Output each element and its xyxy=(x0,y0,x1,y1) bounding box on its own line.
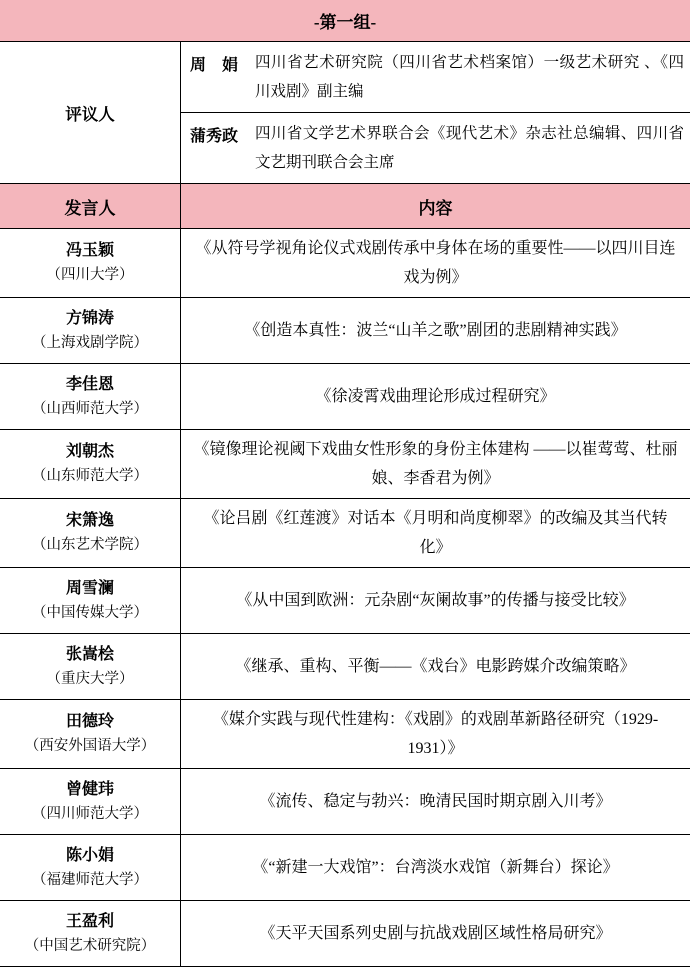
table-row: 刘朝杰 （山东师范大学） 《镜像理论视阈下戏曲女性形象的身份主体建构 ——以崔莺… xyxy=(0,430,690,499)
table-row: 田德玲 （西安外国语大学） 《媒介实践与现代性建构：《戏剧》的戏剧革新路径研究（… xyxy=(0,700,690,769)
group-title-bar: -第一组- xyxy=(0,0,690,42)
session-table: -第一组- 评议人 周 娟 四川省艺术研究院（四川省艺术档案馆）一级艺术研究 、… xyxy=(0,0,690,967)
speaker-name: 刘朝杰 xyxy=(66,440,114,464)
reviewer-rows: 周 娟 四川省艺术研究院（四川省艺术档案馆）一级艺术研究 、《四川戏剧》副主编 … xyxy=(181,42,690,183)
table-row: 宋箫逸 （山东艺术学院） 《论吕剧《红莲渡》对话本《月明和尚度柳翠》的改编及其当… xyxy=(0,499,690,568)
reviewer-name: 蒲秀政 xyxy=(181,119,255,151)
table-row: 冯玉颖 （四川大学） 《从符号学视角论仪式戏剧传承中身体在场的重要性——以四川目… xyxy=(0,229,690,298)
speaker-affiliation: （山东师范大学） xyxy=(32,464,148,488)
reviewer-row: 蒲秀政 四川省文学艺术界联合会《现代艺术》杂志社总编辑、四川省文艺期刊联合会主席 xyxy=(181,113,690,183)
reviewer-row: 周 娟 四川省艺术研究院（四川省艺术档案馆）一级艺术研究 、《四川戏剧》副主编 xyxy=(181,42,690,113)
column-header-row: 发言人 内容 xyxy=(0,184,690,229)
table-row: 周雪澜 （中国传媒大学） 《从中国到欧洲：元杂剧“灰阑故事”的传播与接受比较》 xyxy=(0,568,690,634)
reviewers-section: 评议人 周 娟 四川省艺术研究院（四川省艺术档案馆）一级艺术研究 、《四川戏剧》… xyxy=(0,42,690,184)
paper-title: 《从中国到欧洲：元杂剧“灰阑故事”的传播与接受比较》 xyxy=(181,568,690,633)
speaker-name: 李佳恩 xyxy=(66,373,114,397)
paper-title: 《“新建一大戏馆”：台湾淡水戏馆（新舞台）探论》 xyxy=(181,835,690,900)
column-header-speaker: 发言人 xyxy=(0,184,181,228)
table-row: 曾健玮 （四川师范大学） 《流传、稳定与勃兴：晚清民国时期京剧入川考》 xyxy=(0,769,690,835)
table-row: 陈小娟 （福建师范大学） 《“新建一大戏馆”：台湾淡水戏馆（新舞台）探论》 xyxy=(0,835,690,901)
speaker-cell: 宋箫逸 （山东艺术学院） xyxy=(0,499,181,567)
speaker-cell: 冯玉颖 （四川大学） xyxy=(0,229,181,297)
table-row: 方锦涛 （上海戏剧学院） 《创造本真性：波兰“山羊之歌”剧团的悲剧精神实践》 xyxy=(0,298,690,364)
paper-title: 《媒介实践与现代性建构：《戏剧》的戏剧革新路径研究（1929-1931）》 xyxy=(181,700,690,768)
speaker-name: 冯玉颖 xyxy=(66,239,114,263)
speaker-name: 王盈利 xyxy=(66,910,114,934)
speaker-affiliation: （四川大学） xyxy=(47,263,134,287)
speaker-affiliation: （中国传媒大学） xyxy=(32,601,148,625)
speaker-cell: 王盈利 （中国艺术研究院） xyxy=(0,901,181,966)
speaker-affiliation: （中国艺术研究院） xyxy=(25,934,156,958)
speaker-cell: 李佳恩 （山西师范大学） xyxy=(0,364,181,429)
speaker-cell: 陈小娟 （福建师范大学） xyxy=(0,835,181,900)
speaker-name: 田德玲 xyxy=(66,710,114,734)
reviewer-description: 四川省文学艺术界联合会《现代艺术》杂志社总编辑、四川省文艺期刊联合会主席 xyxy=(255,119,686,177)
reviewer-label-cell: 评议人 xyxy=(0,42,181,183)
speaker-cell: 曾健玮 （四川师范大学） xyxy=(0,769,181,834)
speaker-affiliation: （山西师范大学） xyxy=(32,397,148,421)
speaker-cell: 刘朝杰 （山东师范大学） xyxy=(0,430,181,498)
speaker-affiliation: （重庆大学） xyxy=(47,667,134,691)
paper-title: 《镜像理论视阈下戏曲女性形象的身份主体建构 ——以崔莺莺、杜丽娘、李香君为例》 xyxy=(181,430,690,498)
speaker-name: 张嵩桧 xyxy=(66,643,114,667)
reviewer-description: 四川省艺术研究院（四川省艺术档案馆）一级艺术研究 、《四川戏剧》副主编 xyxy=(255,48,686,106)
paper-title: 《继承、重构、平衡——《戏台》电影跨媒介改编策略》 xyxy=(181,634,690,699)
speaker-name: 陈小娟 xyxy=(66,844,114,868)
speaker-name: 周雪澜 xyxy=(66,577,114,601)
reviewer-name: 周 娟 xyxy=(181,48,255,80)
speaker-name: 曾健玮 xyxy=(66,778,114,802)
table-row: 李佳恩 （山西师范大学） 《徐凌霄戏曲理论形成过程研究》 xyxy=(0,364,690,430)
speaker-cell: 田德玲 （西安外国语大学） xyxy=(0,700,181,768)
reviewer-label: 评议人 xyxy=(65,101,115,125)
paper-title: 《徐凌霄戏曲理论形成过程研究》 xyxy=(181,364,690,429)
table-row: 王盈利 （中国艺术研究院） 《天平天国系列史剧与抗战戏剧区域性格局研究》 xyxy=(0,901,690,967)
paper-title: 《论吕剧《红莲渡》对话本《月明和尚度柳翠》的改编及其当代转化》 xyxy=(181,499,690,567)
speaker-cell: 周雪澜 （中国传媒大学） xyxy=(0,568,181,633)
speaker-cell: 方锦涛 （上海戏剧学院） xyxy=(0,298,181,363)
speaker-affiliation: （山东艺术学院） xyxy=(32,533,148,557)
paper-title: 《天平天国系列史剧与抗战戏剧区域性格局研究》 xyxy=(181,901,690,966)
speaker-affiliation: （四川师范大学） xyxy=(32,802,148,826)
table-row: 张嵩桧 （重庆大学） 《继承、重构、平衡——《戏台》电影跨媒介改编策略》 xyxy=(0,634,690,700)
column-header-content: 内容 xyxy=(181,184,690,228)
speaker-name: 方锦涛 xyxy=(66,307,114,331)
speaker-affiliation: （上海戏剧学院） xyxy=(32,331,148,355)
paper-title: 《从符号学视角论仪式戏剧传承中身体在场的重要性——以四川目连戏为例》 xyxy=(181,229,690,297)
paper-title: 《创造本真性：波兰“山羊之歌”剧团的悲剧精神实践》 xyxy=(181,298,690,363)
paper-title: 《流传、稳定与勃兴：晚清民国时期京剧入川考》 xyxy=(181,769,690,834)
group-title: -第一组- xyxy=(314,8,376,33)
speaker-affiliation: （福建师范大学） xyxy=(32,868,148,892)
speaker-affiliation: （西安外国语大学） xyxy=(25,734,156,758)
speaker-cell: 张嵩桧 （重庆大学） xyxy=(0,634,181,699)
speaker-name: 宋箫逸 xyxy=(66,509,114,533)
